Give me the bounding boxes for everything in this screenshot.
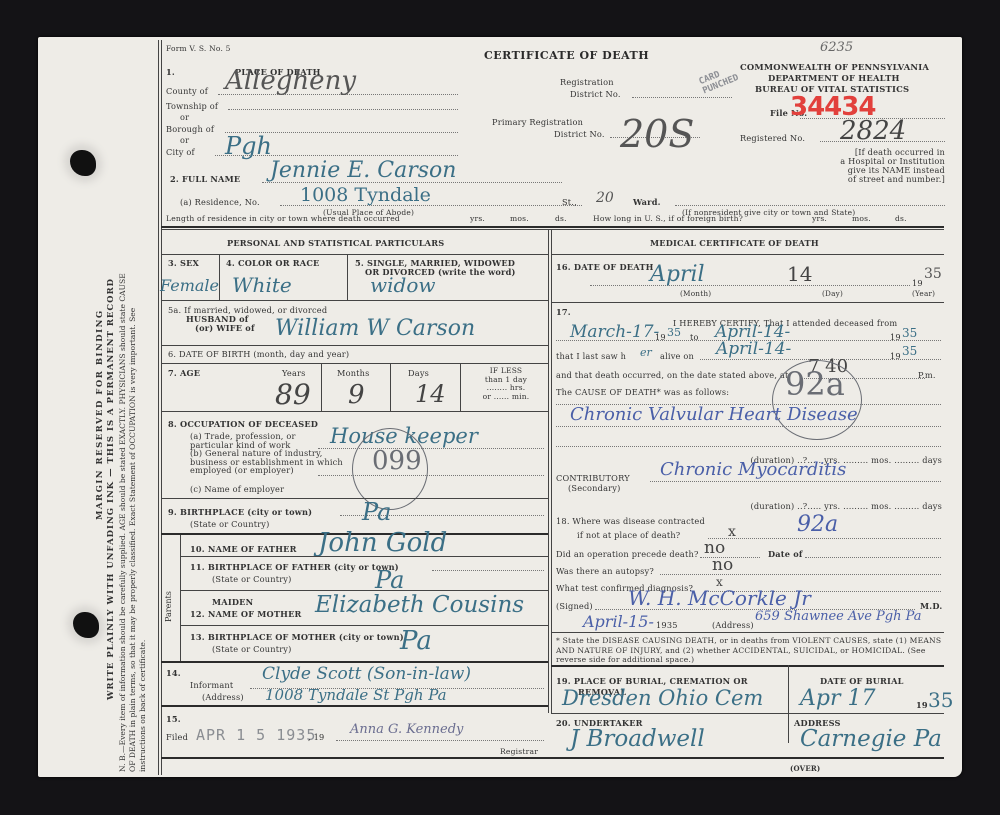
certificate-title: CERTIFICATE OF DEATH [484,49,649,62]
registrar-label: Registrar [500,747,538,756]
employer-label: (c) Name of employer [190,484,284,494]
residence-label: (a) Residence, No. [180,197,260,207]
column-divider [548,229,549,713]
county-label: County of [166,86,208,96]
burial-label: 19. PLACE OF BURIAL, CREMATION OR [556,676,748,686]
contracted-field[interactable] [708,538,941,539]
cell-divider [321,363,322,411]
occupation-a-label: (a) Trade, profession, or particular kin… [190,432,343,475]
occ-b-3: employed (or employer) [190,466,343,475]
contracted-label: 18. Where was disease contracted [556,516,705,526]
dod-label: 16. DATE OF DEATH [556,262,654,272]
rule [180,625,548,626]
foreign-mos: mos. [852,214,871,223]
st-label: St., [562,197,577,207]
birthplace-state-label: (State or Country) [190,519,270,529]
registrar-signature: Anna G. Kennedy [350,722,463,737]
operation-date-field[interactable] [805,557,941,558]
agency-line-1: COMMONWEALTH OF PENNSYLVANIA [740,62,929,72]
dod-19: 19 [912,278,923,288]
signed-value: W. H. McCorkle Jr [628,586,811,610]
if-less-label: IF LESS than 1 day ........ hrs. or ....… [466,367,546,401]
bottom-rule [161,757,551,759]
township-label: Township of [166,101,218,111]
cause-field[interactable] [556,426,941,427]
burial-date: Apr 17 [800,686,875,711]
pm-label: P.m. [918,370,936,380]
dod-year: 35 [924,266,942,282]
foreign-birth-label: How long in U. S., if of foreign birth? [593,214,743,223]
parents-label: Parents [164,591,174,622]
rule [551,632,944,633]
to-label: to [690,332,699,342]
secondary-label: (Secondary) [568,483,621,493]
rule [161,345,548,346]
month-caption: (Month) [680,289,711,298]
rule [161,300,548,301]
contracted-code: 92a [797,512,838,537]
cell-divider [219,254,220,301]
or-label: or [180,112,189,122]
bottom-rule [551,757,944,759]
section-divider-2 [161,229,944,230]
margin-write-plainly: WRITE PLAINLY WITH UNFADING INK — THIS I… [106,278,116,700]
frame-left-rule [158,40,159,775]
attended-from: March-17- [570,322,659,342]
rule [161,411,548,412]
burial-place: Dresden Ohio Cem [562,686,763,710]
rule [551,302,944,303]
cause-code: 92a [785,365,845,403]
agency-line-2: DEPARTMENT OF HEALTH [768,73,900,83]
foreign-ds: ds. [895,214,907,223]
mother-birthplace-label: 13. BIRTHPLACE OF MOTHER (city or town) [190,632,404,642]
contributory-field[interactable] [650,481,941,482]
last-saw-year: 35 [902,344,917,358]
rule [551,254,944,255]
contracted-value: x [728,524,736,540]
cause-line-3 [556,446,941,447]
occupation-field[interactable] [318,448,544,449]
burial-divider [788,665,789,743]
punch-hole [73,612,99,638]
birthplace-label: 9. BIRTHPLACE (city or town) [168,507,312,517]
section-divider [161,226,944,228]
filed-number: 15. [166,714,181,724]
from-19: 19 [655,332,666,342]
top-note: 6235 [820,40,853,55]
ward-label: Ward. [633,197,661,207]
residence-yrs: yrs. [470,214,485,223]
sign-year: 1935 [656,620,678,630]
age-months-header: Months [337,368,370,378]
hospital-note-4: of street and number.] [823,175,945,184]
township-field[interactable] [228,109,458,110]
last-saw-label: that I last saw h [556,351,626,361]
full-name-text: FULL NAME [182,174,240,184]
to-19: 19 [890,332,901,342]
cell-divider [460,363,461,411]
mother-label: 12. NAME OF MOTHER [190,609,302,619]
personal-header: PERSONAL AND STATISTICAL PARTICULARS [227,238,444,248]
contracted-label-2: if not at place of death? [577,530,680,540]
dod-month: April [650,262,705,287]
birthplace-value: Pa [362,498,391,526]
rule [161,498,548,499]
burial-year: 35 [928,688,953,712]
county-value: Allegheny [225,66,356,96]
autopsy-field[interactable] [660,574,941,575]
filed-label: Filed [166,732,188,742]
frame-left-rule-2 [161,40,162,775]
dob-label: 6. DATE OF BIRTH (month, day and year) [168,349,349,359]
cause-label: The CAUSE OF DEATH* was as follows: [556,387,729,397]
sex-label: 3. SEX [168,258,199,268]
medical-header: MEDICAL CERTIFICATE OF DEATH [650,238,819,248]
dod-day: 14 [787,262,812,286]
registration-district-field[interactable] [632,97,732,98]
marital-value: widow [370,273,435,297]
father-value: John Gold [318,528,447,558]
mother-state-label: (State or Country) [212,644,292,654]
father-birthplace-label: 11. BIRTHPLACE OF FATHER (city or town) [190,562,399,572]
ward-value: 20 [596,190,614,206]
age-days-header: Days [408,368,429,378]
year-caption: (Year) [912,289,935,298]
attended-to-year: 35 [902,326,917,340]
certify-number: 17. [556,307,571,317]
burial-date-label: DATE OF BURIAL [820,676,904,686]
physician-address: 659 Shawnee Ave Pgh Pa [755,610,950,624]
sign-date: April-15- [583,612,654,631]
father-birthplace-field[interactable] [432,570,544,571]
undertaker-address: Carnegie Pa [800,726,942,752]
father-label: 10. NAME OF FATHER [190,544,297,554]
parents-divider [180,535,181,662]
occupation-code: 099 [372,446,422,476]
last-saw-19: 19 [890,351,901,361]
burial-19: 19 [916,700,928,710]
rule [551,665,944,667]
age-years-value: 89 [275,378,311,411]
form-number: Form V. S. No. 5 [166,44,231,53]
autopsy-value: no [712,555,733,575]
informant-address-label: (Address) [202,692,244,702]
registrar-field [336,740,544,741]
maiden-label: MAIDEN [212,597,253,607]
age-days-value: 14 [415,380,446,408]
residence-ds: ds. [555,214,567,223]
age-label: 7. AGE [168,368,200,378]
over-label: (OVER) [790,764,820,773]
color-value: White [232,273,292,297]
registration-label-1: Registration [560,77,614,87]
duration-line-2: (duration) ..?..... yrs. ......... mos. … [556,501,942,511]
rule [551,713,944,714]
attended-from-year: 35 [667,326,681,339]
cell-divider [390,363,391,411]
day-caption: (Day) [822,289,843,298]
or-label-2: or [180,135,189,145]
dod-field[interactable] [590,285,910,286]
borough-label: Borough of [166,124,214,134]
rule [161,705,548,707]
registered-no-value: 2824 [840,116,906,146]
last-saw-her: er [640,346,652,359]
hospital-note: [If death occurred in a Hospital or Inst… [823,148,945,184]
footnote: * State the DISEASE CAUSING DEATH, or in… [556,636,944,665]
length-residence-label: Length of residence in city or town wher… [166,214,400,223]
if-less-4: or ...... min. [466,393,546,402]
registration-label-2: District No. [570,89,621,99]
cell-divider [347,254,348,301]
informant-label: Informant [190,680,233,690]
primary-registration-label-2: District No. [554,129,605,139]
age-months-value: 9 [348,380,365,410]
operation-label: Did an operation precede death? [556,549,699,559]
filed-date-stamp: APR 1 5 1935 [196,726,316,744]
full-name-label: 2. FULL NAME [170,174,240,184]
age-years-header: Years [282,368,306,378]
full-name-value: Jennie E. Carson [270,158,456,183]
margin-binding-note: MARGIN RESERVED FOR BINDING [95,309,105,520]
foreign-yrs: yrs. [812,214,827,223]
color-label: 4. COLOR OR RACE [226,258,320,268]
autopsy-label: Was there an autopsy? [556,566,654,576]
spouse-value: William W Carson [275,316,475,341]
father-state-label: (State or Country) [212,574,292,584]
date-of-label: Date of [768,549,803,559]
undertaker-value: J Broadwell [570,726,705,752]
contributory-value: Chronic Myocarditis [660,459,846,480]
death-at-label: and that death occurred, on the date sta… [556,370,789,380]
contributory-label: CONTRIBUTORY [556,473,630,483]
city-value: Pgh [225,132,272,160]
rule [180,556,548,557]
rule [180,590,548,591]
informant-address-value: 1008 Tyndale St Pgh Pa [265,686,447,704]
residence-value: 1008 Tyndale [300,184,431,206]
sex-value: Female [160,276,219,295]
mother-birthplace-value: Pa [400,626,432,656]
ward-field[interactable] [675,205,945,206]
cause-value: Chronic Valvular Heart Disease [570,404,858,425]
place-of-death-number: 1. [166,67,175,77]
alive-on-label: alive on [660,351,694,361]
address-label: (Address) [712,620,754,630]
rule [161,661,548,663]
signed-label: (Signed) [556,601,593,611]
margin-nb-line2: OF DEATH in plain terms, so that it may … [128,308,138,772]
primary-district-value: 20S [620,112,694,156]
residence-mos: mos. [510,214,529,223]
filed-19: , 19 [308,732,324,742]
informant-number: 14. [166,668,181,678]
full-name-number: 2. [170,174,179,184]
margin-nb-line1: N. B.—Every item of information should b… [118,273,128,772]
occupation-label: 8. OCCUPATION OF DECEASED [168,419,318,429]
mother-value: Elizabeth Cousins [315,592,524,618]
registered-no-label: Registered No. [740,133,805,143]
punch-hole [70,150,96,176]
city-label: City of [166,147,195,157]
primary-registration-label-1: Primary Registration [492,117,583,127]
rule [161,363,548,364]
margin-nb-line3: instructions on back of certificate. [138,640,148,772]
informant-value: Clyde Scott (Son-in-law) [262,664,471,684]
last-saw-date: April-14- [716,339,791,359]
